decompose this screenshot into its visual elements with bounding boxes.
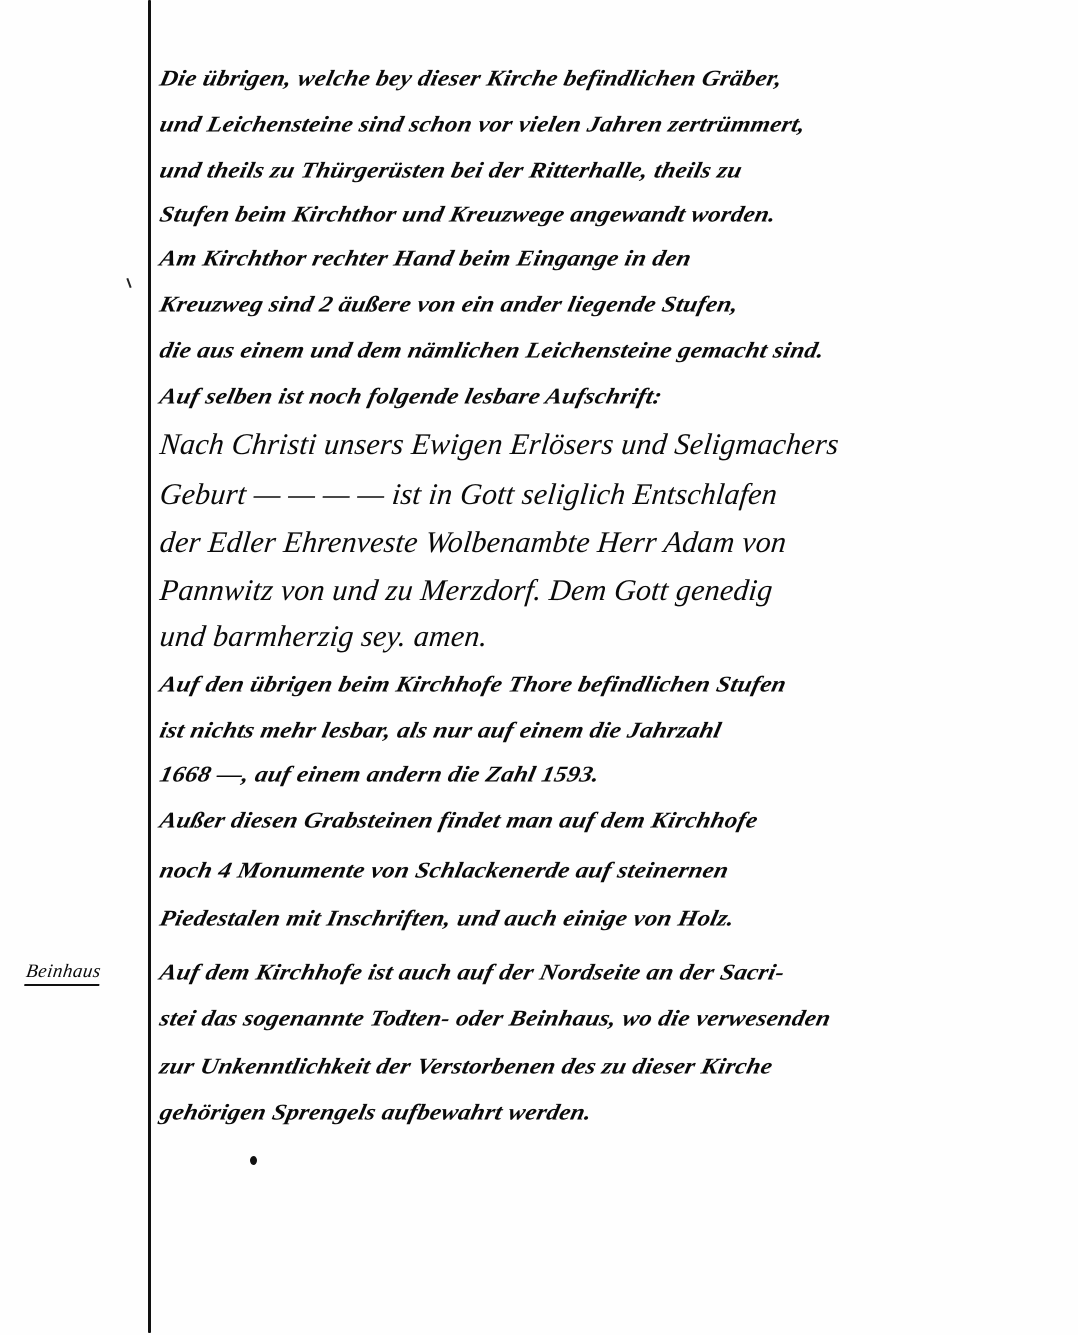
ink-speck: [250, 1156, 257, 1165]
text-line-13: und barmherzig sey. amen.: [158, 620, 489, 654]
manuscript-page: Beinhaus Die übrigen, welche bey dieser …: [0, 0, 1078, 1335]
stray-mark: [126, 278, 131, 288]
text-line-15: ist nichts mehr lesbar, als nur auf eine…: [157, 716, 724, 747]
text-line-19: Piedestalen mit Inschriften, und auch ei…: [157, 904, 738, 935]
text-line-3: und theils zu Thürgerüsten bei der Ritte…: [157, 156, 745, 187]
margin-note-beinhaus: Beinhaus: [24, 960, 102, 986]
text-line-10: Geburt — — — — ist in Gott seliglich Ent…: [158, 478, 779, 512]
text-line-14: Auf den übrigen beim Kirchhofe Thore bef…: [157, 670, 789, 701]
text-line-6: Kreuzweg sind 2 äußere von ein ander lie…: [157, 290, 742, 321]
text-line-1: Die übrigen, welche bey dieser Kirche be…: [157, 64, 785, 95]
text-line-4: Stufen beim Kirchthor und Kreuzwege ange…: [157, 200, 779, 231]
text-line-18: noch 4 Monumente von Schlackenerde auf s…: [157, 856, 732, 887]
margin-rule-line: [148, 0, 151, 1333]
text-line-16: 1668 —, auf einem andern die Zahl 1593.: [157, 760, 603, 791]
text-line-5: Am Kirchthor rechter Hand beim Eingange …: [157, 244, 694, 275]
text-line-21: stei das sogenannte Todten- oder Beinhau…: [157, 1004, 834, 1035]
text-line-12: Pannwitz von und zu Merzdorf. Dem Gott g…: [158, 574, 774, 608]
text-line-20: Auf dem Kirchhofe ist auch auf der Nords…: [157, 958, 788, 989]
text-line-7: die aus einem und dem nämlichen Leichens…: [157, 336, 827, 367]
text-line-23: gehörigen Sprengels aufbewahrt werden.: [157, 1098, 595, 1129]
text-line-17: Außer diesen Grabsteinen findet man auf …: [157, 806, 761, 837]
text-line-2: und Leichensteine sind schon vor vielen …: [157, 110, 809, 141]
text-line-22: zur Unkenntlichkeit der Verstorbenen des…: [157, 1052, 776, 1083]
text-line-9: Nach Christi unsers Ewigen Erlösers und …: [158, 428, 840, 462]
text-line-8: Auf selben ist noch folgende lesbare Auf…: [157, 382, 665, 413]
text-line-11: der Edler Ehrenveste Wolbenambte Herr Ad…: [158, 526, 788, 560]
